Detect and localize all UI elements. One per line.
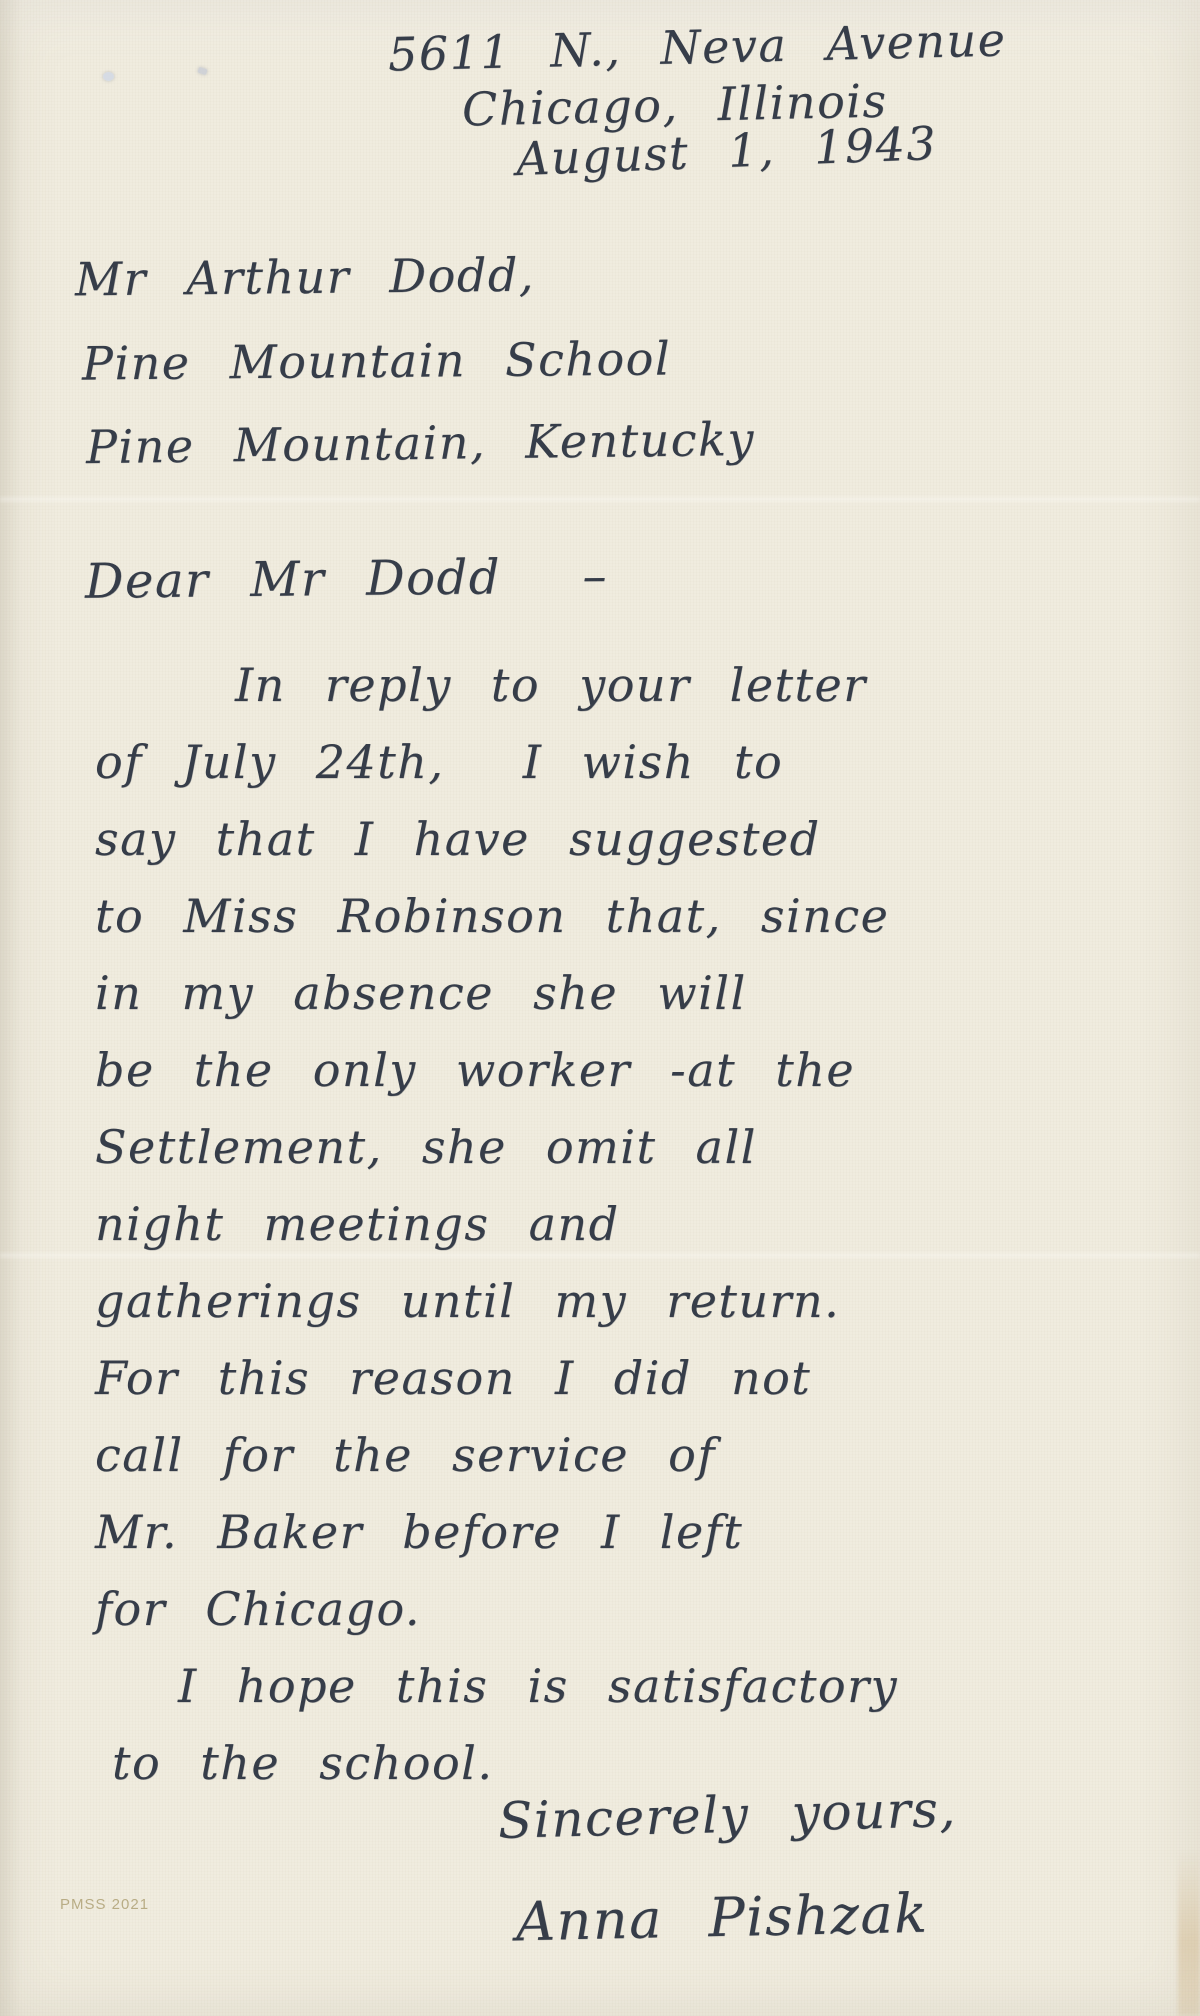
body-line: I hope this is satisfactory [178, 1661, 898, 1712]
paper-stain [1178, 1850, 1200, 2016]
body-line: of July 24th, I wish to [95, 737, 783, 788]
signature: Anna Pishzak [515, 1884, 929, 1952]
body-line: say that I have suggested [95, 814, 821, 865]
paper-fold-line [0, 497, 1200, 502]
watermark: PMSS 2021 [60, 1896, 149, 1913]
paper-fold-line [0, 1253, 1200, 1258]
body-line: in my absence she will [95, 968, 747, 1019]
body-line: Settlement, she omit all [95, 1122, 757, 1173]
body-line: be the only worker -at the [95, 1045, 855, 1096]
salutation: Dear Mr Dodd – [85, 550, 608, 608]
body-line: to the school. [112, 1738, 493, 1789]
body-line: call for the service of [95, 1430, 716, 1481]
body-line: Mr. Baker before I left [95, 1507, 743, 1558]
body-line: In reply to your letter [235, 660, 867, 711]
body-line: for Chicago. [95, 1584, 421, 1635]
body-line: to Miss Robinson that, since [95, 891, 889, 942]
paper-speck [197, 67, 208, 76]
closing: Sincerely yours, [497, 1782, 957, 1849]
letter-page: 5611 N., Neva Avenue Chicago, Illinois A… [0, 0, 1200, 2016]
sender-address-line: 5611 N., Neva Avenue [387, 14, 1006, 80]
body-line: gatherings until my return. [95, 1276, 840, 1327]
recipient-org-line: Pine Mountain School [82, 333, 671, 389]
body-line: night meetings and [95, 1199, 620, 1250]
paper-speck [103, 72, 114, 81]
recipient-place-line: Pine Mountain, Kentucky [86, 414, 755, 473]
recipient-name-line: Mr Arthur Dodd, [75, 250, 535, 305]
body-line: For this reason I did not [95, 1353, 811, 1404]
